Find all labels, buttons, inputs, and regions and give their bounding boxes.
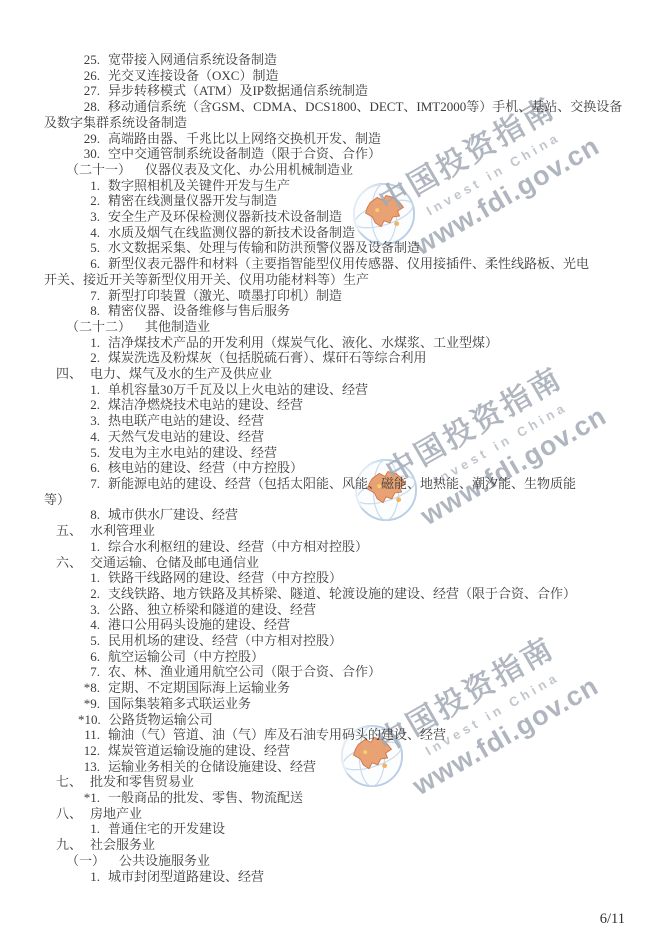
item-number: （二十二） (66, 319, 131, 335)
item-text: 新能源电站的建设、经营（包括太阳能、风能、磁能、地热能、潮汐能、生物质能 (108, 476, 576, 491)
list-item: 27.异步转移模式（ATM）及IP数据通信系统制造 (44, 83, 644, 99)
item-text: 公路、独立桥梁和隧道的建设、经营 (108, 602, 316, 617)
item-number: 2. (78, 397, 100, 413)
list-item: *1.一般商品的批发、零售、物流配送 (44, 790, 644, 806)
item-number: 八、 (56, 806, 82, 822)
list-item: 3.热电联产电站的建设、经营 (44, 413, 644, 429)
item-text: 电力、煤气及水的生产及供应业 (90, 366, 272, 381)
item-text: 房地产业 (90, 806, 142, 821)
item-number: 5. (78, 633, 100, 649)
item-text: 热电联产电站的建设、经营 (108, 413, 264, 428)
item-text: 宽带接入网通信系统设备制造 (108, 52, 277, 67)
item-text: 新型仪表元器件和材料（主要指智能型仪用传感器、仪用接插件、柔性线路板、光电 (108, 256, 589, 271)
item-number: 27. (78, 83, 100, 99)
item-number: 1. (78, 178, 100, 194)
category-heading: 九、社会服务业 (44, 837, 644, 853)
list-item: 6.航空运输公司（中方控股） (44, 649, 644, 665)
item-number: 12. (78, 743, 100, 759)
subcategory-heading: （二十一）仪器仪表及文化、办公用机械制造业 (44, 162, 644, 178)
item-number: 6. (78, 649, 100, 665)
item-number: 8. (78, 507, 100, 523)
item-number: 2. (78, 350, 100, 366)
list-item: 2.支线铁路、地方铁路及其桥梁、隧道、轮渡设施的建设、经营（限于合资、合作） (44, 586, 644, 602)
item-text: 光交叉连接设备（OXC）制造 (108, 68, 278, 83)
list-item: 26.光交叉连接设备（OXC）制造 (44, 68, 644, 84)
list-item: 30.空中交通管制系统设备制造（限于合资、合作） (44, 146, 644, 162)
list-item: 6.新型仪表元器件和材料（主要指智能型仪用传感器、仪用接插件、柔性线路板、光电 (44, 256, 644, 272)
list-item: 5.民用机场的建设、经营（中方相对控股） (44, 633, 644, 649)
item-number: 2. (78, 586, 100, 602)
item-text: 批发和零售贸易业 (90, 774, 194, 789)
category-heading: 六、交通运输、仓储及邮电通信业 (44, 555, 644, 571)
item-text: 交通运输、仓储及邮电通信业 (90, 555, 259, 570)
item-text: 城市封闭型道路建设、经营 (108, 869, 264, 884)
list-item: 1.综合水利枢纽的建设、经营（中方相对控股） (44, 539, 644, 555)
item-number: 3. (78, 209, 100, 225)
item-number: 3. (78, 413, 100, 429)
category-heading: 七、批发和零售贸易业 (44, 774, 644, 790)
item-text: 新型打印装置（激光、喷墨打印机）制造 (108, 288, 342, 303)
item-number: 4. (78, 429, 100, 445)
item-number: （一） (66, 853, 105, 869)
list-item: 29.高端路由器、千兆比以上网络交换机开发、制造 (44, 131, 644, 147)
item-number: 1. (78, 570, 100, 586)
item-text: 仪器仪表及文化、办公用机械制造业 (145, 162, 353, 177)
list-item-continuation: 开关、接近开关等新型仪用开关、仪用功能材料等）生产 (44, 272, 644, 288)
item-text: 煤洁净燃烧技术电站的建设、经营 (108, 397, 303, 412)
item-text: 铁路干线路网的建设、经营（中方控股） (108, 570, 342, 585)
item-text: 定期、不定期国际海上运输业务 (108, 680, 290, 695)
item-number: 7. (78, 664, 100, 680)
item-text: 等） (44, 492, 70, 507)
list-item: 1.城市封闭型道路建设、经营 (44, 869, 644, 885)
item-number: 11. (78, 727, 100, 743)
item-text: 水质及烟气在线监测仪器的新技术设备制造 (108, 225, 355, 240)
subcategory-heading: （一）公共设施服务业 (44, 853, 644, 869)
list-item: 25.宽带接入网通信系统设备制造 (44, 52, 644, 68)
list-item: 5.水文数据采集、处理与传输和防洪预警仪器及设备制造 (44, 240, 644, 256)
category-heading: 八、房地产业 (44, 806, 644, 822)
item-number: 3. (78, 602, 100, 618)
list-item: 2.煤洁净燃烧技术电站的建设、经营 (44, 397, 644, 413)
list-item: 3.安全生产及环保检测仪器新技术设备制造 (44, 209, 644, 225)
item-number: 2. (78, 193, 100, 209)
item-text: 港口公用码头设施的建设、经营 (108, 617, 290, 632)
item-number: 1. (78, 539, 100, 555)
list-item: 1.数字照相机及关键件开发与生产 (44, 178, 644, 194)
item-number: 1. (78, 335, 100, 351)
item-number: 6. (78, 460, 100, 476)
item-number: 7. (78, 288, 100, 304)
item-number: 6. (78, 256, 100, 272)
list-item: 11.输油（气）管道、油（气）库及石油专用码头的建设、经营 (44, 727, 644, 743)
item-number: 5. (78, 240, 100, 256)
item-text: 洁净煤技术产品的开发利用（煤炭气化、液化、水煤浆、工业型煤） (108, 335, 498, 350)
list-item: 1.普通住宅的开发建设 (44, 821, 644, 837)
item-text: 及数字集群系统设备制造 (44, 115, 187, 130)
item-number: （二十一） (66, 162, 131, 178)
item-number: 25. (78, 52, 100, 68)
list-item: 5.发电为主水电站的建设、经营 (44, 445, 644, 461)
item-text: 综合水利枢纽的建设、经营（中方相对控股） (108, 539, 368, 554)
item-text: 核电站的建设、经营（中方控股） (108, 460, 303, 475)
item-number: 26. (78, 68, 100, 84)
list-item: 7.新能源电站的建设、经营（包括太阳能、风能、磁能、地热能、潮汐能、生物质能 (44, 476, 644, 492)
item-number: 7. (78, 476, 100, 492)
list-item: 6.核电站的建设、经营（中方控股） (44, 460, 644, 476)
item-text: 开关、接近开关等新型仪用开关、仪用功能材料等）生产 (44, 272, 369, 287)
item-text: 公共设施服务业 (119, 853, 210, 868)
list-item-continuation: 等） (44, 492, 644, 508)
list-item: 1.单机容量30万千瓦及以上火电站的建设、经营 (44, 382, 644, 398)
list-item-continuation: 及数字集群系统设备制造 (44, 115, 644, 131)
list-item: *9.国际集装箱多式联运业务 (44, 696, 644, 712)
item-text: 水利管理业 (90, 523, 155, 538)
item-text: 水文数据采集、处理与传输和防洪预警仪器及设备制造 (108, 240, 420, 255)
list-item: 1.铁路干线路网的建设、经营（中方控股） (44, 570, 644, 586)
category-heading: 五、水利管理业 (44, 523, 644, 539)
list-item: *10.公路货物运输公司 (44, 712, 644, 728)
item-text: 一般商品的批发、零售、物流配送 (108, 790, 303, 805)
list-item: 4.天然气发电站的建设、经营 (44, 429, 644, 445)
item-number: 九、 (56, 837, 82, 853)
list-item: 3.公路、独立桥梁和隧道的建设、经营 (44, 602, 644, 618)
item-text: 发电为主水电站的建设、经营 (108, 445, 277, 460)
item-number: 六、 (56, 555, 82, 571)
category-heading: 四、电力、煤气及水的生产及供应业 (44, 366, 644, 382)
item-number: 13. (78, 759, 100, 775)
item-text: 社会服务业 (90, 837, 155, 852)
item-text: 输油（气）管道、油（气）库及石油专用码头的建设、经营 (108, 727, 446, 742)
list-item: 28.移动通信系统（含GSM、CDMA、DCS1800、DECT、IMT2000… (44, 99, 644, 115)
list-item: 7.新型打印装置（激光、喷墨打印机）制造 (44, 288, 644, 304)
item-text: 煤炭管道运输设施的建设、经营 (108, 743, 290, 758)
list-item: 12.煤炭管道运输设施的建设、经营 (44, 743, 644, 759)
item-number: *1. (78, 790, 100, 806)
list-item: 7.农、林、渔业通用航空公司（限于合资、合作） (44, 664, 644, 680)
item-text: 公路货物运输公司 (109, 712, 213, 727)
item-number: *9. (78, 696, 100, 712)
item-number: 4. (78, 617, 100, 633)
item-text: 民用机场的建设、经营（中方相对控股） (108, 633, 342, 648)
item-number: 8. (78, 303, 100, 319)
list-item: 1.洁净煤技术产品的开发利用（煤炭气化、液化、水煤浆、工业型煤） (44, 335, 644, 351)
item-number: 5. (78, 445, 100, 461)
item-text: 异步转移模式（ATM）及IP数据通信系统制造 (108, 83, 368, 98)
item-number: 四、 (56, 366, 82, 382)
item-text: 空中交通管制系统设备制造（限于合资、合作） (108, 146, 381, 161)
item-text: 安全生产及环保检测仪器新技术设备制造 (108, 209, 342, 224)
document-page: 中国投资指南 Invest in China www.fdi.gov.cn 中国… (0, 0, 661, 936)
item-text: 精密在线测量仪器开发与制造 (108, 193, 277, 208)
list-item: *8.定期、不定期国际海上运输业务 (44, 680, 644, 696)
item-text: 航空运输公司（中方控股） (108, 649, 264, 664)
document-lines: 25.宽带接入网通信系统设备制造26.光交叉连接设备（OXC）制造27.异步转移… (44, 52, 644, 884)
item-text: 普通住宅的开发建设 (108, 821, 225, 836)
list-item: 2.煤炭洗选及粉煤灰（包括脱硫石膏）、煤矸石等综合利用 (44, 350, 644, 366)
item-text: 精密仪器、设备维修与售后服务 (108, 303, 290, 318)
subcategory-heading: （二十二）其他制造业 (44, 319, 644, 335)
item-number: 4. (78, 225, 100, 241)
item-text: 移动通信系统（含GSM、CDMA、DCS1800、DECT、IMT2000等）手… (108, 99, 622, 114)
list-item: 8.城市供水厂建设、经营 (44, 507, 644, 523)
item-number: 30. (78, 146, 100, 162)
item-number: 28. (78, 99, 100, 115)
item-text: 高端路由器、千兆比以上网络交换机开发、制造 (108, 131, 381, 146)
item-text: 天然气发电站的建设、经营 (108, 429, 264, 444)
item-number: *8. (78, 680, 100, 696)
item-number: 五、 (56, 523, 82, 539)
item-text: 其他制造业 (145, 319, 210, 334)
item-number: 29. (78, 131, 100, 147)
item-text: 国际集装箱多式联运业务 (108, 696, 251, 711)
item-number: 七、 (56, 774, 82, 790)
item-text: 运输业务相关的仓储设施建设、经营 (108, 759, 316, 774)
item-number: 1. (78, 869, 100, 885)
item-number: 1. (78, 382, 100, 398)
item-number: 1. (78, 821, 100, 837)
list-item: 13.运输业务相关的仓储设施建设、经营 (44, 759, 644, 775)
page-number: 6/11 (600, 911, 625, 928)
item-number: *10. (78, 712, 101, 728)
item-text: 城市供水厂建设、经营 (108, 507, 238, 522)
item-text: 单机容量30万千瓦及以上火电站的建设、经营 (108, 382, 368, 397)
list-item: 4.水质及烟气在线监测仪器的新技术设备制造 (44, 225, 644, 241)
item-text: 数字照相机及关键件开发与生产 (108, 178, 290, 193)
item-text: 支线铁路、地方铁路及其桥梁、隧道、轮渡设施的建设、经营（限于合资、合作） (108, 586, 576, 601)
item-text: 煤炭洗选及粉煤灰（包括脱硫石膏）、煤矸石等综合利用 (108, 350, 427, 365)
list-item: 8.精密仪器、设备维修与售后服务 (44, 303, 644, 319)
list-item: 2.精密在线测量仪器开发与制造 (44, 193, 644, 209)
list-item: 4.港口公用码头设施的建设、经营 (44, 617, 644, 633)
item-text: 农、林、渔业通用航空公司（限于合资、合作） (108, 664, 381, 679)
